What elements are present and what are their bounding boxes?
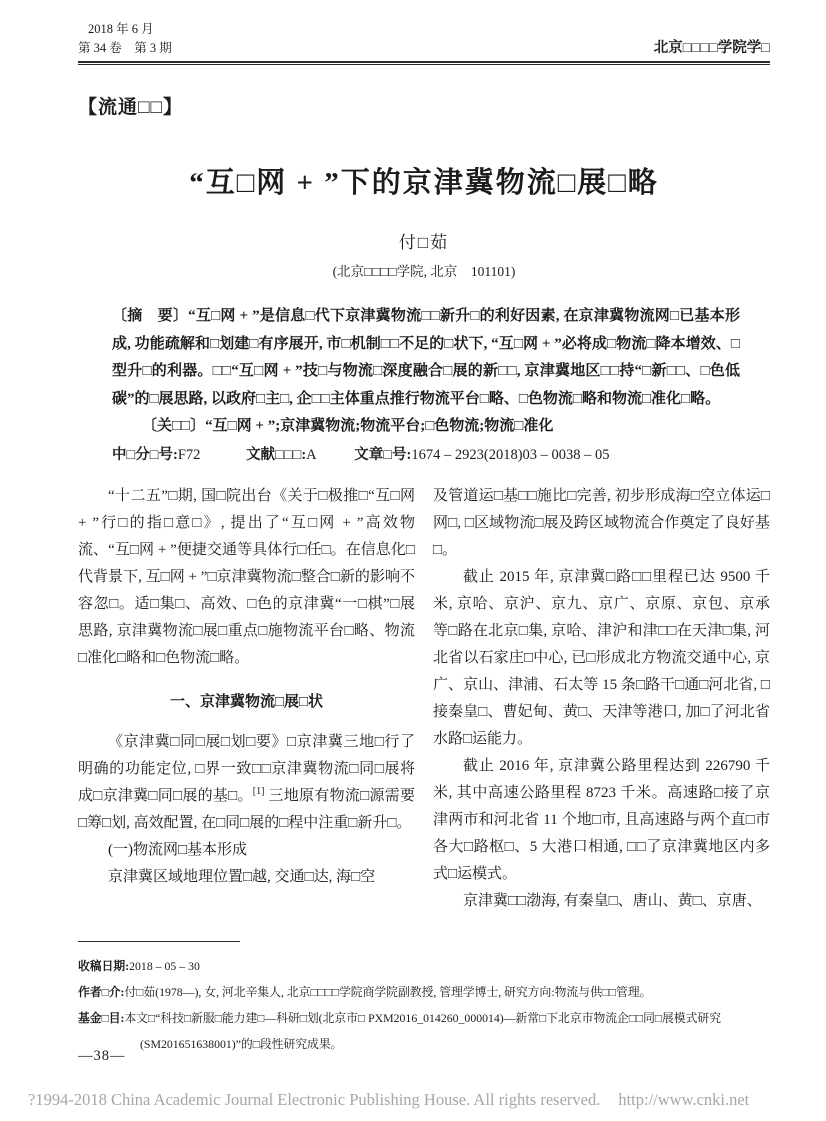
copyright-text: ?1994-2018 China Academic Journal Electr… [28, 1090, 600, 1110]
right-column: 及管道运□基□□施比□完善, 初步形成海□空立体运□网□, □区域物流□展及跨区… [433, 483, 770, 915]
abstract-text: “互□网 + ”是信息□代下京津冀物流□□新升□的利好因素, 在京津冀物流网□已… [112, 308, 740, 407]
subsection-heading: (一)物流网□基本形成 [78, 837, 415, 864]
article-title: “互□网 + ”下的京津冀物流□展□略 [78, 160, 770, 201]
keywords-label: 〔关□□〕 [142, 418, 205, 434]
clc-segment: 中□分□号:F72 [112, 447, 200, 463]
classification-line: 中□分□号:F72 文献□□□:A 文章□号:1674 – 2923(2018)… [112, 442, 740, 469]
cnki-watermark: ?1994-2018 China Academic Journal Electr… [28, 1090, 808, 1110]
page-number: —38— [78, 1048, 126, 1065]
fund-project-label: 基金□目: [78, 1011, 124, 1025]
paragraph: “十二五”□期, 国□院出台《关于□极推□“互□网 + ”行□的指□意□》, 提… [78, 483, 415, 672]
article-id-value: 1674 – 2923(2018)03 – 0038 – 05 [411, 447, 609, 463]
article-id-segment: 文章□号:1674 – 2923(2018)03 – 0038 – 05 [354, 447, 609, 463]
footnote-fund-project: 基金□目:本文□“科技□新服□能力建□—科研□划(北京市□ PXM2016_01… [78, 1005, 778, 1031]
footnote-fund-project-continued: (SM201651638001)”的□段性研究成果。 [78, 1031, 778, 1057]
abstract: 〔摘 要〕“互□网 + ”是信息□代下京津冀物流□□新升□的利好因素, 在京津冀… [112, 303, 740, 413]
author-name: 付□茹 [78, 228, 770, 253]
journal-header: 2018 年 6 月 第 34 卷 第 3 期 北京□□□□学院学□ [78, 0, 770, 58]
section-heading: 一、京津冀物流□展□状 [78, 689, 415, 716]
keywords-line: 〔关□□〕“互□网 + ”;京津冀物流;物流平台;□色物流;物流□准化 [112, 413, 740, 441]
paragraph: 截止 2016 年, 京津冀公路里程达到 226790 千米, 其中高速公路里程… [433, 753, 770, 888]
page-content: 2018 年 6 月 第 34 卷 第 3 期 北京□□□□学院学□ 【流通□□… [78, 0, 770, 915]
section-tag: 【流通□□】 [78, 92, 770, 119]
doc-type-segment: 文献□□□:A [246, 447, 317, 463]
paragraph: 《京津冀□同□展□划□要》□京津冀三地□行了明确的功能定位, □界一致□□京津冀… [78, 729, 415, 837]
clc-label: 中□分□号: [112, 447, 178, 463]
received-date-value: 2018 – 05 – 30 [129, 959, 200, 973]
keywords-text: “互□网 + ”;京津冀物流;物流平台;□色物流;物流□准化 [205, 418, 553, 434]
received-date-label: 收稿日期: [78, 959, 129, 973]
author-affiliation: (北京□□□□学院, 北京 101101) [78, 260, 770, 280]
abstract-label: 〔摘 要〕 [112, 308, 188, 324]
left-column: “十二五”□期, 国□院出台《关于□极推□“互□网 + ”行□的指□意□》, 提… [78, 483, 415, 915]
author-bio-value: 付□茹(1978—), 女, 河北辛集人, 北京□□□□学院商学院副教授, 管理… [124, 985, 651, 999]
journal-name: 北京□□□□学院学□ [654, 36, 770, 58]
doc-type-label: 文献□□□: [246, 447, 306, 463]
footnote-received-date: 收稿日期:2018 – 05 – 30 [78, 953, 778, 979]
journal-date: 2018 年 6 月 [78, 20, 172, 39]
body-columns: “十二五”□期, 国□院出台《关于□极推□“互□网 + ”行□的指□意□》, 提… [78, 483, 770, 915]
footnotes: 收稿日期:2018 – 05 – 30 作者□介:付□茹(1978—), 女, … [78, 953, 778, 1057]
paragraph: 截止 2015 年, 京津冀□路□□里程已达 9500 千米, 京哈、京沪、京九… [433, 564, 770, 753]
cnki-url: http://www.cnki.net [618, 1090, 749, 1110]
paragraph: 京津冀区域地理位置□越, 交通□达, 海□空 [78, 864, 415, 891]
paragraph: 京津冀□□渤海, 有秦皇□、唐山、黄□、京唐、 [433, 888, 770, 915]
paragraph: 及管道运□基□□施比□完善, 初步形成海□空立体运□网□, □区域物流□展及跨区… [433, 483, 770, 564]
fund-project-value: 本文□“科技□新服□能力建□—科研□划(北京市□ PXM2016_014260_… [124, 1011, 721, 1025]
doc-type-value: A [306, 447, 316, 463]
citation-superscript: [1] [253, 786, 265, 797]
journal-volume-issue: 第 34 卷 第 3 期 [78, 39, 172, 58]
article-id-label: 文章□号: [354, 447, 411, 463]
journal-page: 2018 年 6 月 第 34 卷 第 3 期 北京□□□□学院学□ 【流通□□… [0, 0, 826, 1121]
clc-value: F72 [178, 447, 201, 463]
header-double-rule [78, 61, 770, 65]
author-bio-label: 作者□介: [78, 985, 124, 999]
journal-header-left: 2018 年 6 月 第 34 卷 第 3 期 [78, 20, 172, 58]
footnote-author-bio: 作者□介:付□茹(1978—), 女, 河北辛集人, 北京□□□□学院商学院副教… [78, 979, 778, 1005]
footnote-rule [78, 941, 240, 942]
